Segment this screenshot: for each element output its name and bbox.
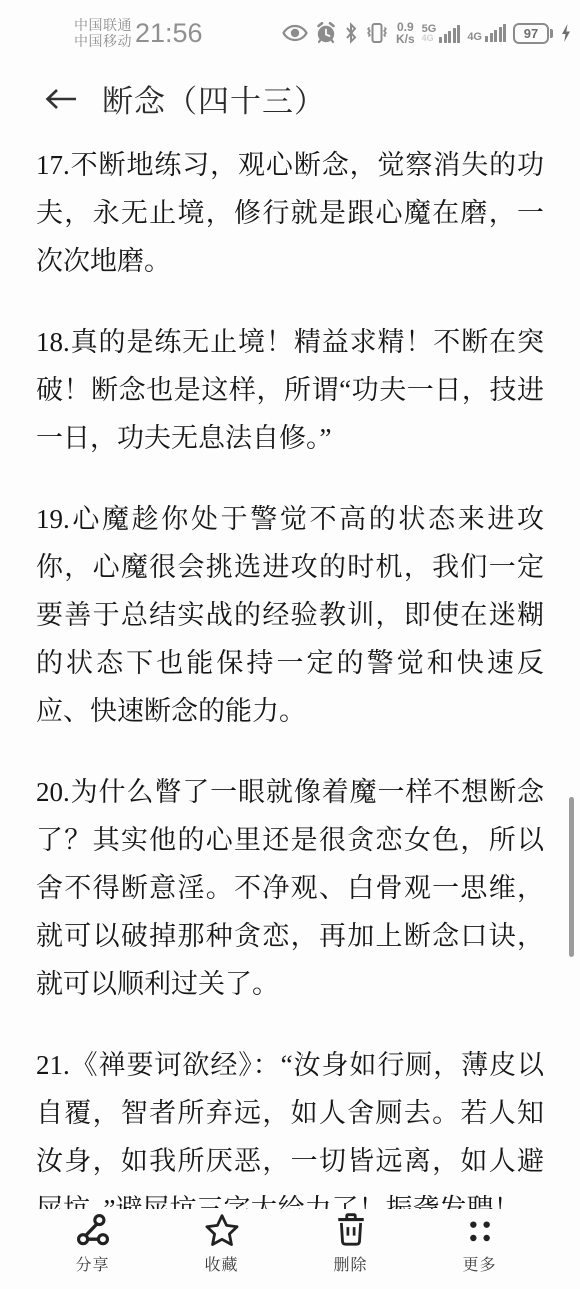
paragraph-17: 17.不断地练习，观心断念，觉察消失的功夫，永无止境，修行就是跟心魔在磨，一次次… bbox=[36, 141, 544, 285]
battery-nub bbox=[550, 29, 553, 38]
carrier-line2: 中国移动 bbox=[74, 33, 132, 49]
carrier-names: 中国联通 中国移动 bbox=[74, 17, 132, 49]
note-body[interactable]: 17.不断地练习，观心断念，觉察消失的功夫，永无止境，修行就是跟心魔在磨，一次次… bbox=[0, 135, 580, 1233]
bluetooth-icon bbox=[344, 22, 358, 44]
note-header: 断念（四十三） bbox=[0, 60, 580, 135]
paragraph-20: 20.为什么瞥了一眼就像着魔一样不想断念了？其实他的心里还是很贪恋女色，所以舍不… bbox=[36, 768, 544, 1008]
sim1-signal-bars-icon bbox=[439, 25, 460, 43]
star-icon bbox=[204, 1213, 240, 1247]
favorite-button[interactable]: 收藏 bbox=[157, 1213, 286, 1281]
trash-icon bbox=[335, 1213, 367, 1247]
favorite-label: 收藏 bbox=[204, 1252, 238, 1275]
status-time: 21:56 bbox=[135, 18, 203, 49]
share-button[interactable]: 分享 bbox=[28, 1213, 157, 1281]
status-bar: 中国联通 中国移动 21:56 bbox=[0, 0, 580, 60]
back-arrow-icon bbox=[44, 87, 78, 111]
bottom-toolbar: 分享 收藏 删除 bbox=[0, 1209, 580, 1289]
vibrate-icon bbox=[365, 22, 389, 44]
status-icons: 0.9 K/s 5G 4G 4G bbox=[282, 21, 572, 45]
back-button[interactable] bbox=[44, 82, 78, 116]
alarm-clock-icon bbox=[315, 22, 337, 44]
phone-screen: 中国联通 中国移动 21:56 bbox=[0, 0, 580, 1289]
paragraph-19: 19.心魔趁你处于警觉不高的状态来进攻你，心魔很会挑选进攻的时机，我们一定要善于… bbox=[36, 495, 544, 735]
share-icon bbox=[76, 1213, 110, 1247]
paragraph-21: 21.《禅要诃欲经》：“汝身如行厕，薄皮以自覆，智者所弃远，如人舍厕去。若人知汝… bbox=[36, 1041, 544, 1233]
network-speed-unit: K/s bbox=[396, 33, 415, 45]
more-icon bbox=[464, 1213, 496, 1247]
delete-label: 删除 bbox=[333, 1252, 367, 1275]
battery-indicator: 97 bbox=[513, 23, 553, 44]
delete-button[interactable]: 删除 bbox=[286, 1213, 415, 1281]
sim2-signal-bars-icon bbox=[485, 24, 506, 42]
more-label: 更多 bbox=[462, 1252, 496, 1275]
paragraph-18: 18.真的是练无止境！精益求精！不断在突破！断念也是这样，所谓“功夫一日，技进一… bbox=[36, 318, 544, 462]
sim1-network-type: 5G bbox=[422, 24, 437, 34]
carrier-line1: 中国联通 bbox=[74, 17, 132, 33]
battery-charging-bolt-icon bbox=[560, 23, 572, 43]
network-speed: 0.9 K/s bbox=[396, 21, 415, 45]
more-button[interactable]: 更多 bbox=[415, 1213, 544, 1281]
sim1-network-subtype: 4G bbox=[422, 34, 434, 43]
share-label: 分享 bbox=[75, 1252, 109, 1275]
sim2-network-type: 4G bbox=[467, 32, 482, 42]
battery-percent: 97 bbox=[513, 23, 549, 44]
eye-protection-icon bbox=[282, 24, 308, 42]
sim2-signal: 4G bbox=[467, 24, 506, 42]
scrollbar-thumb[interactable] bbox=[569, 797, 574, 957]
sim1-signal: 5G 4G bbox=[422, 24, 461, 43]
page-title: 断念（四十三） bbox=[102, 76, 326, 121]
